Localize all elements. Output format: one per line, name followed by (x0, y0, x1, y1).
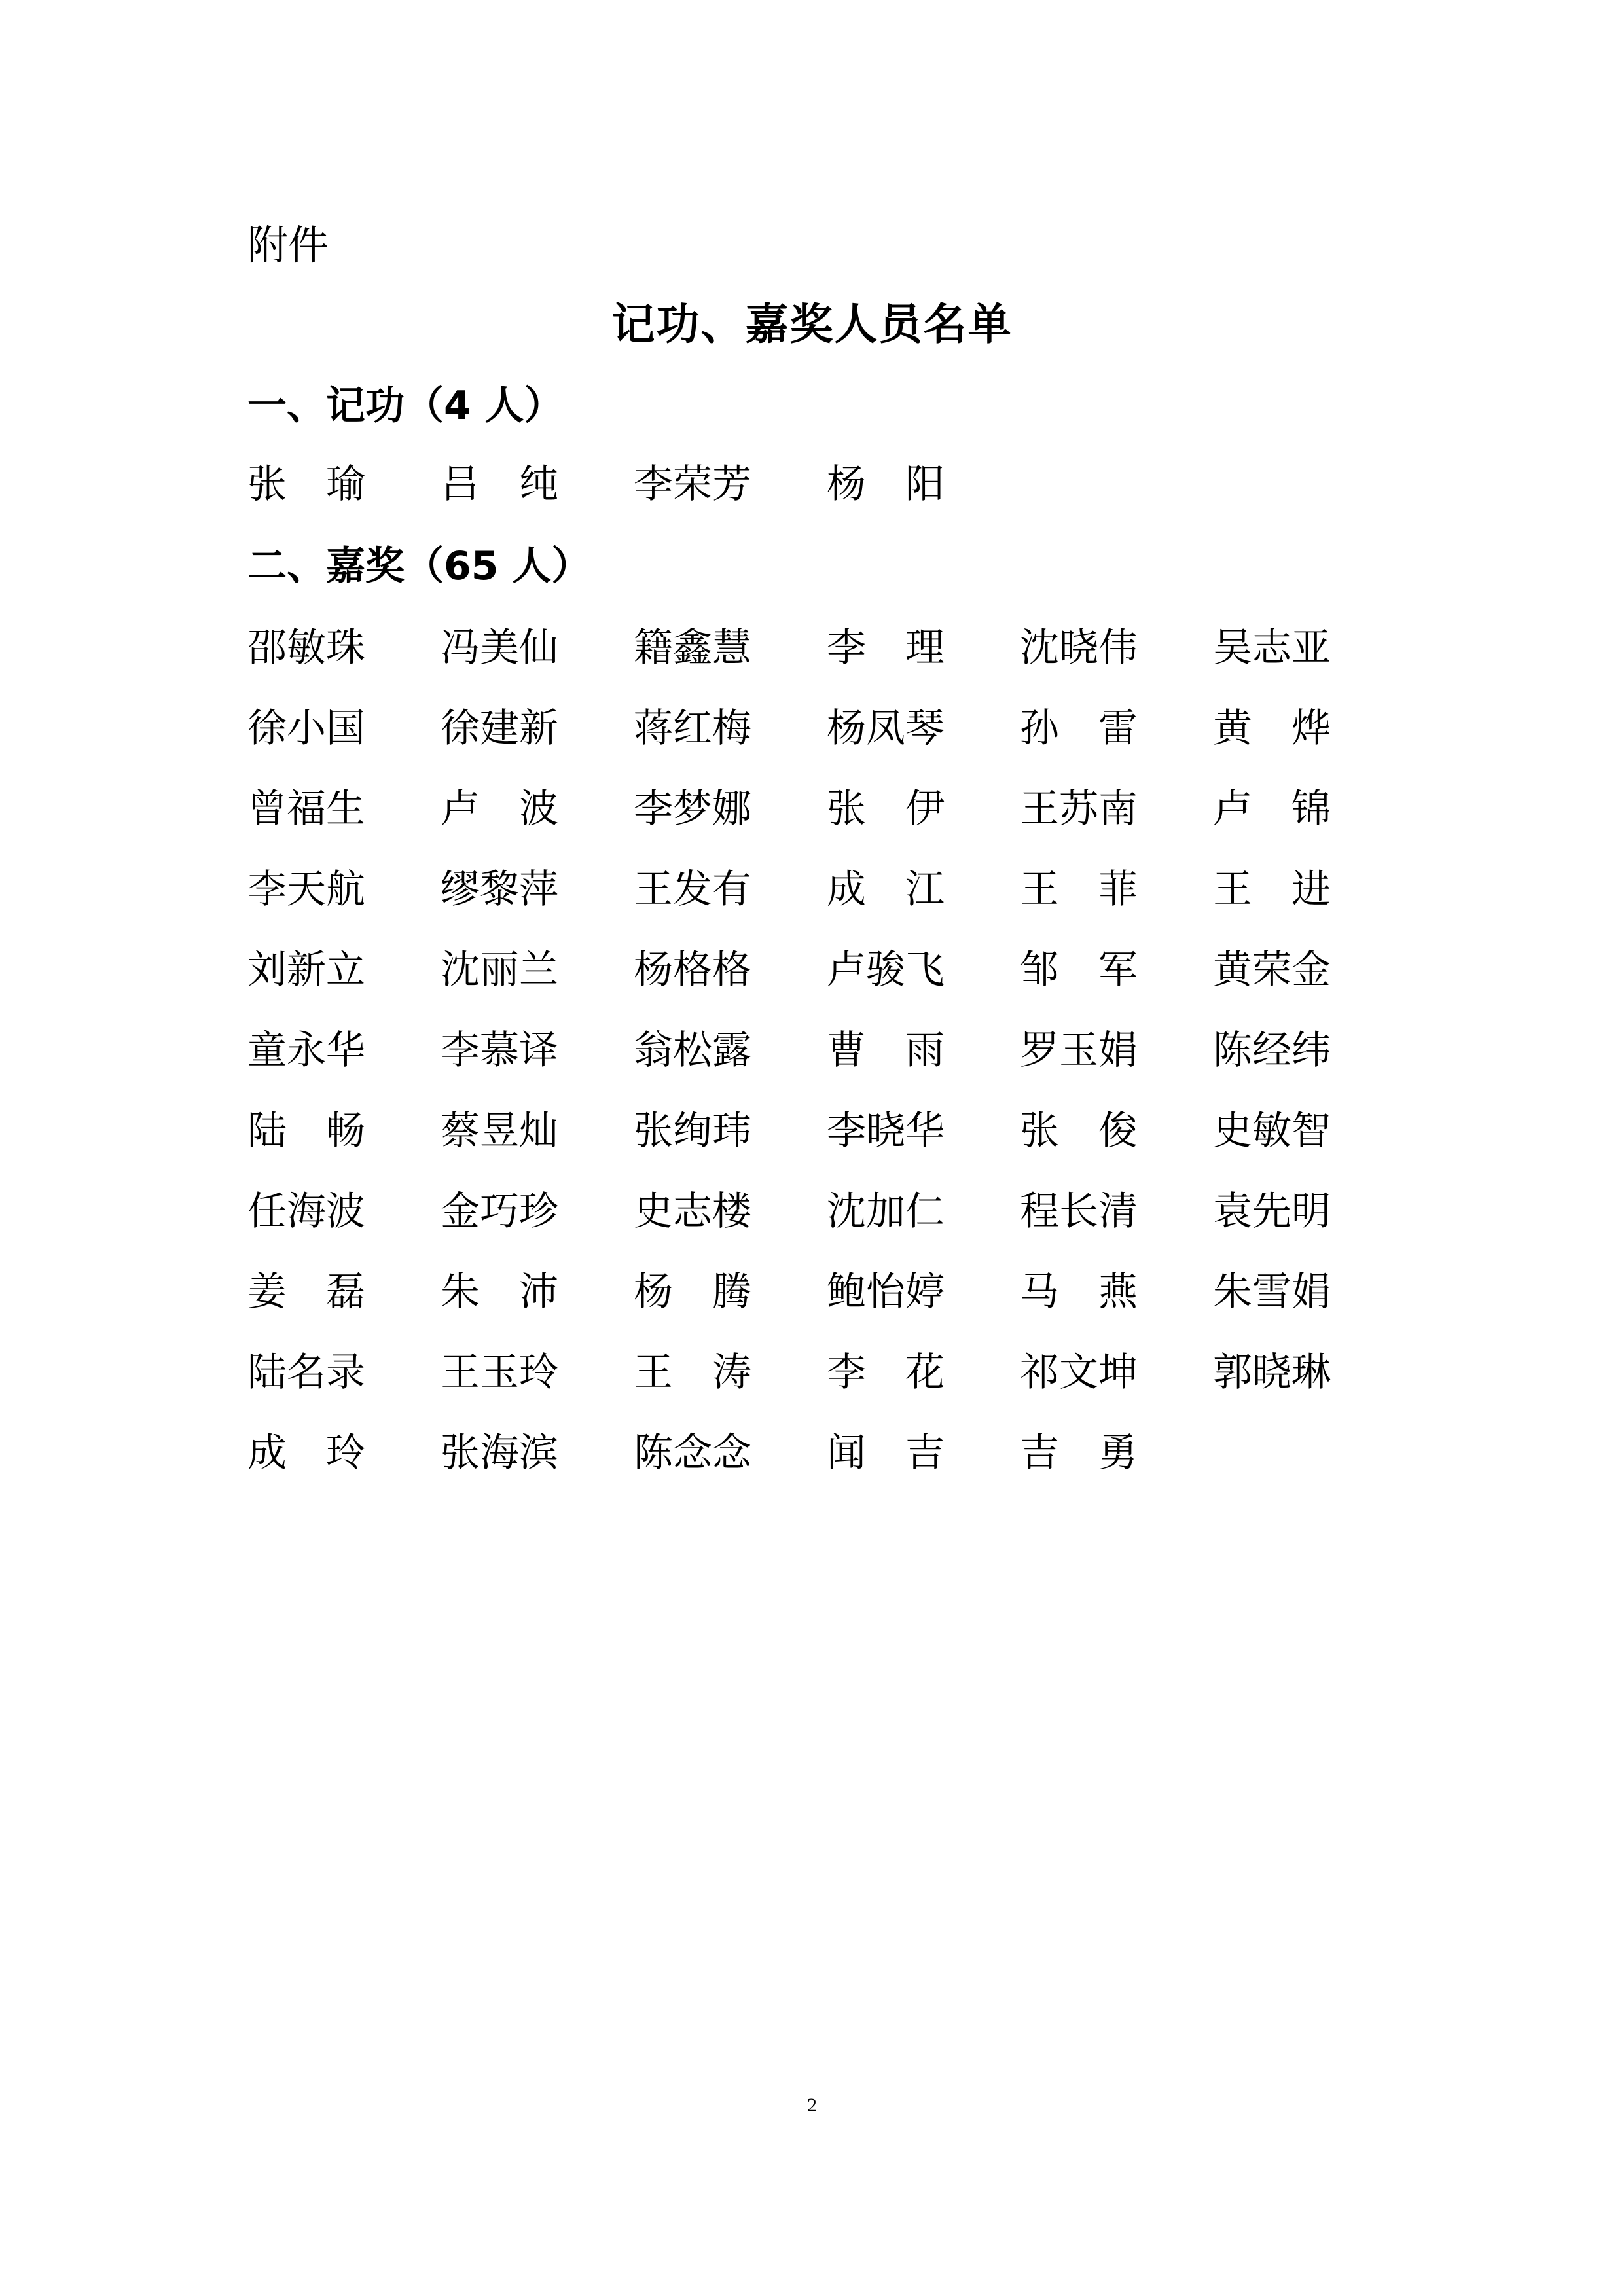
commendation-names-row: 刘新立沈丽兰杨格格卢骏飞邹 军黄荣金 (247, 944, 1406, 996)
name-entry: 杨 腾 (634, 1266, 827, 1318)
name-entry: 成 玲 (247, 1427, 441, 1479)
name-entry: 鲍怡婷 (827, 1266, 1020, 1318)
name-entry: 袁先明 (1213, 1185, 1406, 1238)
document-title: 记功、嘉奖人员名单 (0, 295, 1624, 353)
name-entry: 卢骏飞 (827, 944, 1020, 996)
commendation-names-row: 成 玲张海滨陈念念闻 吉吉 勇 (247, 1427, 1213, 1479)
name-entry: 曾福生 (247, 783, 441, 835)
name-entry: 王 进 (1213, 863, 1406, 916)
name-entry: 曹 雨 (827, 1024, 1020, 1077)
name-entry: 邹 军 (1020, 944, 1213, 996)
name-entry: 孙 雷 (1020, 702, 1213, 755)
name-entry: 陈经纬 (1213, 1024, 1406, 1077)
name-entry: 沈晓伟 (1020, 622, 1213, 674)
name-entry: 祁文坤 (1020, 1346, 1213, 1399)
name-entry: 李晓华 (827, 1105, 1020, 1157)
page-number: 2 (0, 2094, 1624, 2117)
name-entry: 吉 勇 (1020, 1427, 1213, 1479)
name-entry: 李 花 (827, 1346, 1020, 1399)
name-entry: 吕 纯 (441, 458, 634, 511)
name-entry: 黄 烨 (1213, 702, 1406, 755)
name-entry: 沈加仁 (827, 1185, 1020, 1238)
name-entry: 张海滨 (441, 1427, 634, 1479)
commendation-names-row: 陆 畅蔡昱灿张绚玮李晓华张 俊史敏智 (247, 1105, 1406, 1157)
name-entry: 王玉玲 (441, 1346, 634, 1399)
name-entry: 马 燕 (1020, 1266, 1213, 1318)
name-entry: 翁松露 (634, 1024, 827, 1077)
commendation-names-row: 童永华李慕译翁松露曹 雨罗玉娟陈经纬 (247, 1024, 1406, 1077)
name-entry: 杨 阳 (827, 458, 1020, 511)
name-entry: 王 涛 (634, 1346, 827, 1399)
name-entry: 李梦娜 (634, 783, 827, 835)
name-entry: 程长清 (1020, 1185, 1213, 1238)
commendation-names-row: 任海波金巧珍史志楼沈加仁程长清袁先明 (247, 1185, 1406, 1238)
name-entry: 沈丽兰 (441, 944, 634, 996)
commendation-names-row: 陆名录王玉玲王 涛李 花祁文坤郭晓琳 (247, 1346, 1406, 1399)
commendation-names-row: 邵敏珠冯美仙籍鑫慧李 理沈晓伟吴志亚 (247, 622, 1406, 674)
name-entry: 邵敏珠 (247, 622, 441, 674)
commendation-names-row: 姜 磊朱 沛杨 腾鲍怡婷马 燕朱雪娟 (247, 1266, 1406, 1318)
name-entry: 成 江 (827, 863, 1020, 916)
name-entry: 张 伊 (827, 783, 1020, 835)
attachment-label: 附件 (247, 219, 329, 272)
name-entry: 张绚玮 (634, 1105, 827, 1157)
section-heading-commendation: 二、嘉奖（65 人） (247, 540, 590, 592)
name-entry: 金巧珍 (441, 1185, 634, 1238)
name-entry: 陆名录 (247, 1346, 441, 1399)
name-entry: 黄荣金 (1213, 944, 1406, 996)
commendation-names-row: 李天航缪黎萍王发有成 江王 菲王 进 (247, 863, 1406, 916)
name-entry: 王发有 (634, 863, 827, 916)
name-entry: 杨格格 (634, 944, 827, 996)
name-entry: 蔡昱灿 (441, 1105, 634, 1157)
name-entry: 卢 波 (441, 783, 634, 835)
name-entry: 童永华 (247, 1024, 441, 1077)
name-entry: 徐建新 (441, 702, 634, 755)
section-heading-merit: 一、记功（4 人） (247, 380, 564, 432)
name-entry: 郭晓琳 (1213, 1346, 1406, 1399)
name-entry: 史敏智 (1213, 1105, 1406, 1157)
name-entry: 任海波 (247, 1185, 441, 1238)
name-entry: 李天航 (247, 863, 441, 916)
name-entry: 蒋红梅 (634, 702, 827, 755)
name-entry: 史志楼 (634, 1185, 827, 1238)
name-entry: 卢 锦 (1213, 783, 1406, 835)
name-entry: 籍鑫慧 (634, 622, 827, 674)
name-entry: 缪黎萍 (441, 863, 634, 916)
name-entry: 朱雪娟 (1213, 1266, 1406, 1318)
name-entry: 李 理 (827, 622, 1020, 674)
commendation-names-row: 徐小国徐建新蒋红梅杨凤琴孙 雷黄 烨 (247, 702, 1406, 755)
name-entry: 陈念念 (634, 1427, 827, 1479)
name-entry: 徐小国 (247, 702, 441, 755)
name-entry: 罗玉娟 (1020, 1024, 1213, 1077)
name-entry: 张 瑜 (247, 458, 441, 511)
merit-names-row: 张 瑜 吕 纯 李荣芳 杨 阳 (247, 458, 1020, 511)
name-entry: 陆 畅 (247, 1105, 441, 1157)
name-entry: 姜 磊 (247, 1266, 441, 1318)
name-entry: 吴志亚 (1213, 622, 1406, 674)
name-entry: 王苏南 (1020, 783, 1213, 835)
name-entry: 李荣芳 (634, 458, 827, 511)
name-entry: 张 俊 (1020, 1105, 1213, 1157)
name-entry: 朱 沛 (441, 1266, 634, 1318)
name-entry: 冯美仙 (441, 622, 634, 674)
name-entry: 王 菲 (1020, 863, 1213, 916)
name-entry: 闻 吉 (827, 1427, 1020, 1479)
commendation-names-row: 曾福生卢 波李梦娜张 伊王苏南卢 锦 (247, 783, 1406, 835)
name-entry: 李慕译 (441, 1024, 634, 1077)
name-entry: 刘新立 (247, 944, 441, 996)
name-entry: 杨凤琴 (827, 702, 1020, 755)
